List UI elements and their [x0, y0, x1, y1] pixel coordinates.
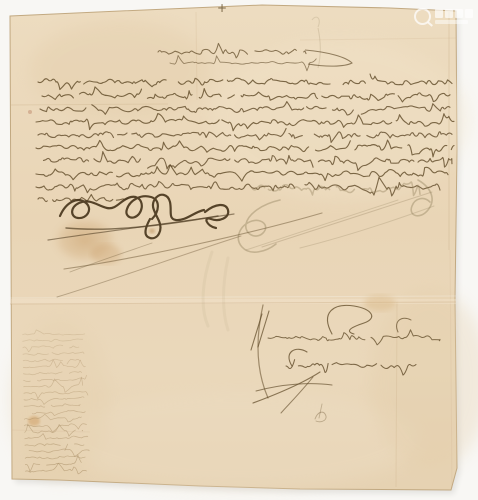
paper-mottle — [210, 40, 470, 200]
paper-mottle — [60, 390, 420, 490]
small-stain — [28, 110, 32, 114]
manuscript-photograph: + — [0, 0, 478, 500]
small-stain — [28, 416, 40, 426]
watermark-cjk-row — [435, 9, 473, 18]
watermark-char — [455, 9, 463, 18]
watermark — [414, 8, 473, 25]
watermark-char — [445, 9, 453, 18]
watermark-char — [465, 9, 473, 18]
manuscript-letter: + — [0, 0, 478, 500]
watermark-text-blocks — [435, 8, 473, 24]
ink-stain — [91, 244, 121, 264]
watermark-char — [435, 9, 443, 18]
small-stain — [364, 295, 396, 311]
watermark-subtext-row — [435, 20, 468, 24]
magnifier-icon — [414, 8, 431, 25]
invocation-cross: + — [217, 1, 227, 15]
small-stain — [149, 229, 155, 234]
